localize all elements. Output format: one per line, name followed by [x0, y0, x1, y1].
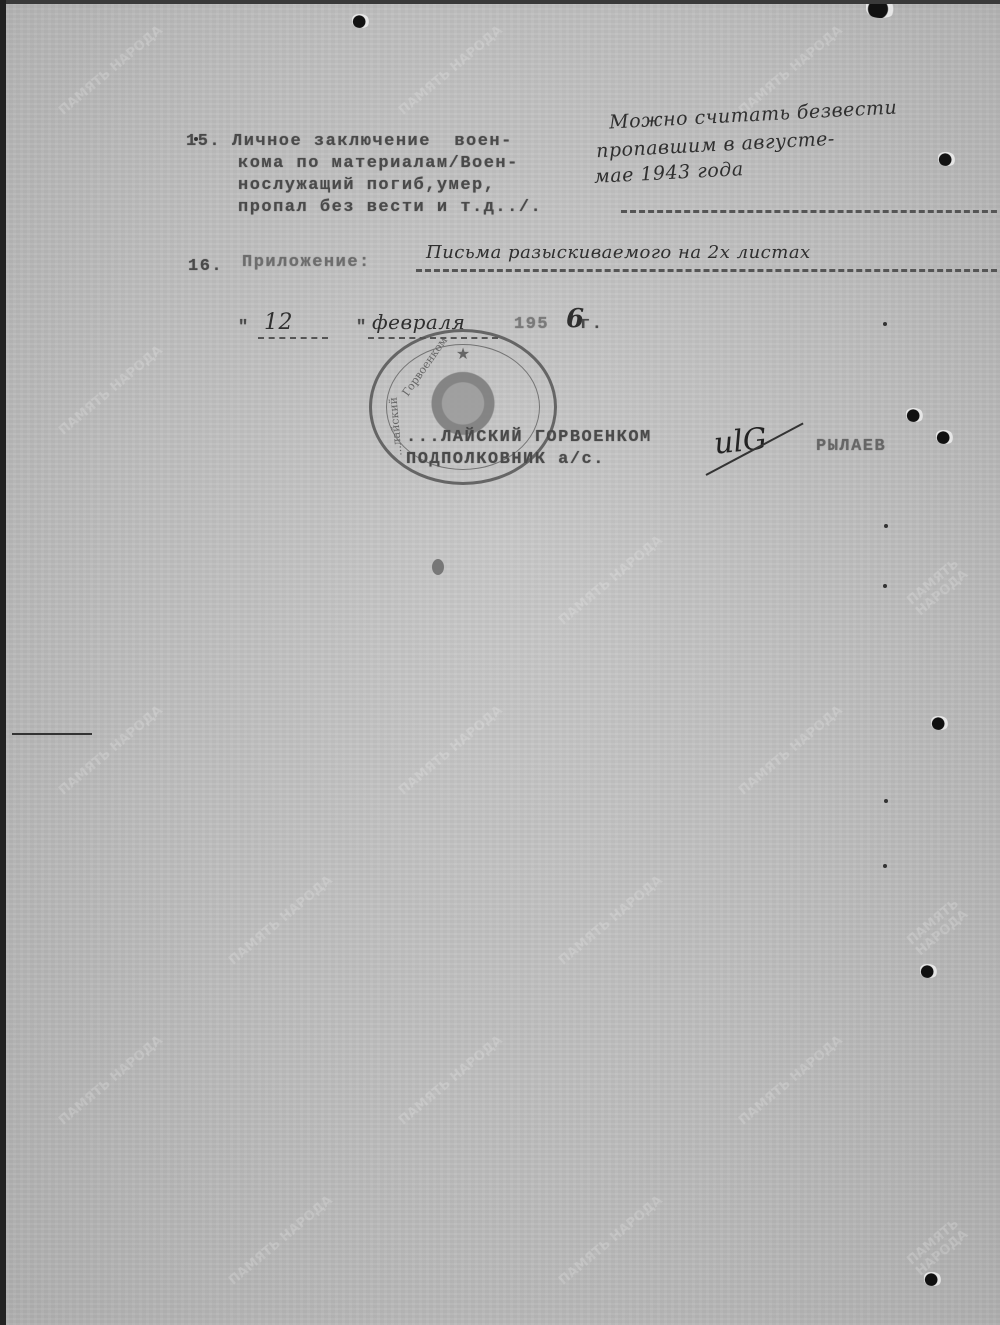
item-15-label-line-3: нослужащий погиб,умер,	[238, 175, 495, 197]
date-close-quote: "	[356, 317, 368, 339]
watermark: ПАМЯТЬ НАРОДА	[397, 704, 506, 799]
date-year-unit: г.	[580, 314, 603, 336]
watermark: ПАМЯТЬ НАРОДА	[397, 24, 506, 119]
paper-hole	[920, 964, 938, 978]
paper-hole	[936, 430, 954, 444]
item-15-handwritten-line-2: пропавшим в августе-	[596, 128, 836, 162]
document-page: ПАМЯТЬ НАРОДА ПАМЯТЬ НАРОДА ПАМЯТЬ НАРОД…	[6, 4, 1000, 1325]
paper-hole	[924, 1272, 942, 1286]
commissar-title-line-2: ПОДПОЛКОВНИК а/с.	[406, 449, 605, 471]
item-16-fill-line	[416, 269, 1000, 272]
watermark: ПАМЯТЬ НАРОДА	[57, 344, 166, 439]
paper-hole	[906, 408, 924, 422]
paper-hole	[931, 716, 949, 730]
item-16-handwritten: Письма разыскиваемого на 2х листах	[426, 242, 811, 263]
paper-hole	[938, 152, 956, 166]
item-15-fill-line	[621, 210, 1000, 213]
watermark: ПАМЯТЬ НАРОДА	[882, 877, 995, 978]
watermark: ПАМЯТЬ НАРОДА	[557, 874, 666, 969]
watermark: ПАМЯТЬ НАРОДА	[227, 874, 336, 969]
watermark: ПАМЯТЬ НАРОДА	[557, 1194, 666, 1289]
watermark: ПАМЯТЬ НАРОДА	[557, 534, 666, 629]
paper-speck	[883, 322, 887, 326]
watermark: ПАМЯТЬ НАРОДА	[57, 704, 166, 799]
watermark: ПАМЯТЬ НАРОДА	[227, 1194, 336, 1289]
commissar-title-line-1: ...ЛАЙСКИЙ ГОРВОЕНКОМ	[406, 427, 652, 449]
item-15-handwritten-line-3: мае 1943 года	[594, 158, 745, 188]
paper-hole	[352, 14, 370, 28]
paper-crease	[12, 733, 92, 735]
item-15-label-line-2: кома по материалам/Воен-	[238, 153, 519, 175]
date-day-line	[258, 337, 328, 339]
watermark: ПАМЯТЬ НАРОДА	[737, 704, 846, 799]
watermark: ПАМЯТЬ НАРОДА	[57, 1034, 166, 1129]
signatory-surname: РЫЛАЕВ	[816, 436, 886, 458]
date-year-prefix: 195	[514, 314, 549, 336]
item-15-number: 15.	[186, 131, 221, 153]
item-15-label-line-4: пропал без вести и т.д../.	[238, 197, 542, 219]
paper-speck	[884, 524, 888, 528]
paper-speck	[883, 864, 887, 868]
item-16-label: Приложение:	[242, 252, 371, 274]
paper-speck	[194, 137, 198, 141]
watermark: ПАМЯТЬ НАРОДА	[57, 24, 166, 119]
watermark: ПАМЯТЬ НАРОДА	[882, 537, 995, 638]
watermark: ПАМЯТЬ НАРОДА	[397, 1034, 506, 1129]
item-16-number: 16.	[188, 256, 223, 278]
date-open-quote: "	[238, 317, 250, 339]
watermark: ПАМЯТЬ НАРОДА	[737, 1034, 846, 1129]
paper-speck	[883, 584, 887, 588]
paper-speck	[884, 799, 888, 803]
scan-left-edge	[0, 0, 6, 1325]
star-icon: ★	[456, 344, 470, 363]
paper-stain	[432, 559, 444, 575]
date-day: 12	[264, 310, 293, 335]
item-15-label-line-1: Личное заключение воен-	[232, 131, 513, 153]
paper-hole	[866, 4, 896, 18]
